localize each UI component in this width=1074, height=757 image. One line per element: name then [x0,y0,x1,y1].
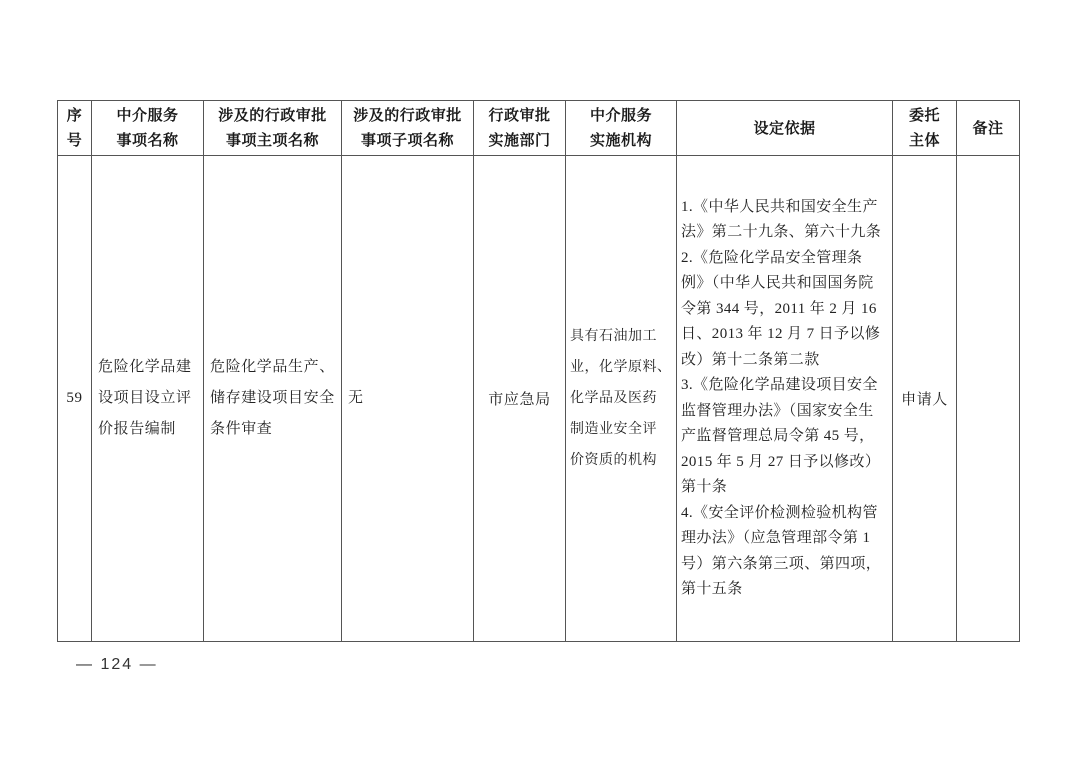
cell-seq: 59 [58,156,92,642]
cell-implementation-agency: 具有石油加工 业，化学原料、 化学品及医药 制造业安全评 价资质的机构 [566,156,677,642]
page-number: — 124 — [76,656,158,674]
intermediary-service-table: 序 号 中介服务 事项名称 涉及的行政审批 事项主项名称 涉及的行政审批 事项子… [57,100,1020,642]
cell-approval-main-item: 危险化学品生产、 储存建设项目安全 条件审查 [204,156,342,642]
col-header-setting-basis: 设定依据 [677,101,893,156]
cell-entrusting-subject: 申请人 [893,156,957,642]
table-row: 59 危险化学品建 设项目设立评 价报告编制 危险化学品生产、 储存建设项目安全… [58,156,1020,642]
col-header-approval-department: 行政审批 实施部门 [474,101,566,156]
col-header-service-item-name: 中介服务 事项名称 [92,101,204,156]
col-header-implementation-agency: 中介服务 实施机构 [566,101,677,156]
col-header-entrusting-subject: 委托 主体 [893,101,957,156]
cell-remark [957,156,1020,642]
cell-approval-department: 市应急局 [474,156,566,642]
col-header-approval-main-item: 涉及的行政审批 事项主项名称 [204,101,342,156]
cell-approval-sub-item: 无 [342,156,474,642]
col-header-seq: 序 号 [58,101,92,156]
document-page: 序 号 中介服务 事项名称 涉及的行政审批 事项主项名称 涉及的行政审批 事项子… [0,0,1074,757]
col-header-approval-sub-item: 涉及的行政审批 事项子项名称 [342,101,474,156]
cell-setting-basis: 1.《中华人民共和国安全生产 法》第二十九条、第六十九条 2.《危险化学品安全管… [677,156,893,642]
col-header-remark: 备注 [957,101,1020,156]
table-header-row: 序 号 中介服务 事项名称 涉及的行政审批 事项主项名称 涉及的行政审批 事项子… [58,101,1020,156]
cell-service-item-name: 危险化学品建 设项目设立评 价报告编制 [92,156,204,642]
